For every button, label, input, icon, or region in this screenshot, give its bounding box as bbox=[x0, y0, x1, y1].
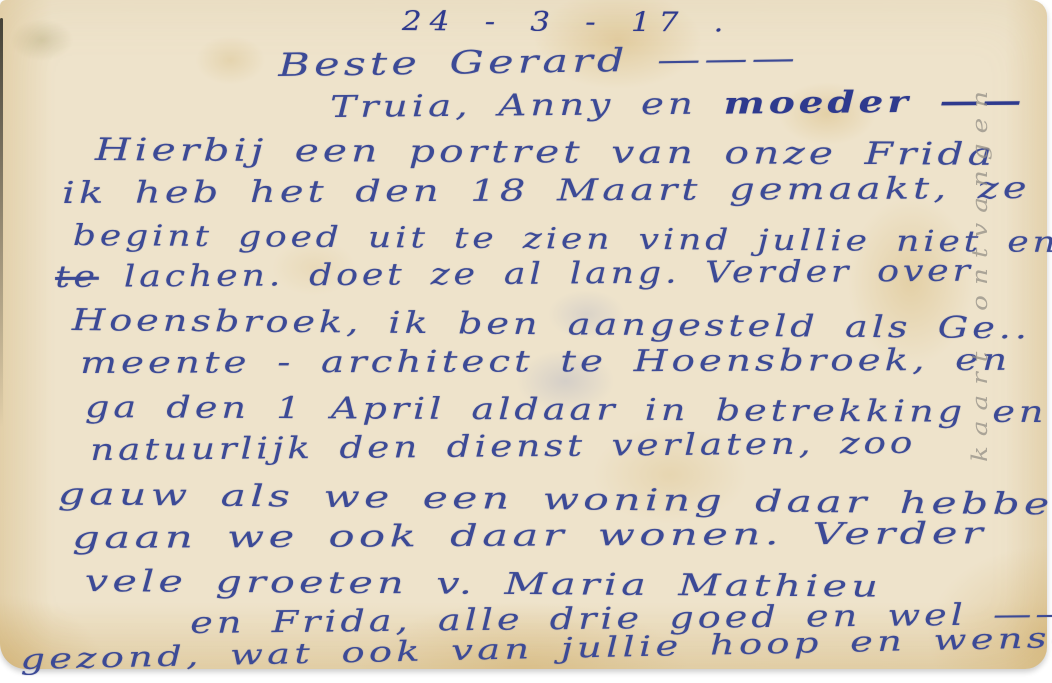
postcard-scan: 24 - 3 - 17 . Beste Gerard ——— Truia, An… bbox=[0, 0, 1047, 669]
handwritten-line: meente - architect te Hoensbroek, en bbox=[80, 343, 1011, 381]
line-text: begint goed uit te zien vind jullie niet… bbox=[73, 218, 1052, 259]
line-text: lachen. doet ze al lang. Verder over bbox=[99, 254, 974, 295]
handwritten-line: Hoensbroek, ik ben aangesteld als Ge.. bbox=[72, 303, 1031, 346]
handwritten-line: ik heb het den 18 Maart gemaakt, ze bbox=[62, 171, 1031, 211]
handwritten-line: ga den 1 April aldaar in betrekking en bbox=[85, 390, 1048, 430]
handwritten-line: Hierbij een portret van onze Frida bbox=[95, 132, 996, 173]
line-text: meente - architect te Hoensbroek, en bbox=[80, 343, 1011, 381]
handwritten-line: vele groeten v. Maria Mathieu bbox=[85, 564, 882, 605]
line-text: gaan we ook daar wonen. Verder bbox=[72, 516, 987, 556]
line-text: ik heb het den 18 Maart gemaakt, ze bbox=[62, 171, 1031, 211]
pencil-margin-note: kaart ontvangen bbox=[968, 81, 992, 462]
handwritten-line: begint goed uit te zien vind jullie niet… bbox=[73, 218, 1052, 259]
margin-note-text: kaart ontvangen bbox=[968, 81, 992, 462]
crossed-out-word: te bbox=[55, 260, 99, 295]
handwritten-line: te lachen. doet ze al lang. Verder over bbox=[55, 254, 974, 295]
line-text: Hoensbroek, ik ben aangesteld als Ge.. bbox=[72, 303, 1031, 346]
line-text: ga den 1 April aldaar in betrekking en bbox=[85, 390, 1048, 430]
line-text: Truia, Anny en bbox=[330, 87, 724, 125]
line-text: Beste Gerard ——— bbox=[278, 39, 799, 84]
handwritten-line: natuurlijk den dienst verlaten, zoo bbox=[90, 426, 916, 468]
handwritten-line: Beste Gerard ——— bbox=[278, 39, 799, 84]
line-text: natuurlijk den dienst verlaten, zoo bbox=[90, 426, 916, 468]
date-line: 24 - 3 - 17 . bbox=[402, 6, 732, 39]
line-text: Hierbij een portret van onze Frida bbox=[95, 132, 996, 173]
scan-edge-artifact bbox=[0, 18, 3, 428]
line-text: vele groeten v. Maria Mathieu bbox=[85, 564, 882, 605]
handwritten-line: gaan we ook daar wonen. Verder bbox=[72, 516, 987, 556]
handwritten-line: Truia, Anny en moeder —— bbox=[330, 84, 1026, 125]
date-text: 24 - 3 - 17 . bbox=[402, 6, 732, 39]
